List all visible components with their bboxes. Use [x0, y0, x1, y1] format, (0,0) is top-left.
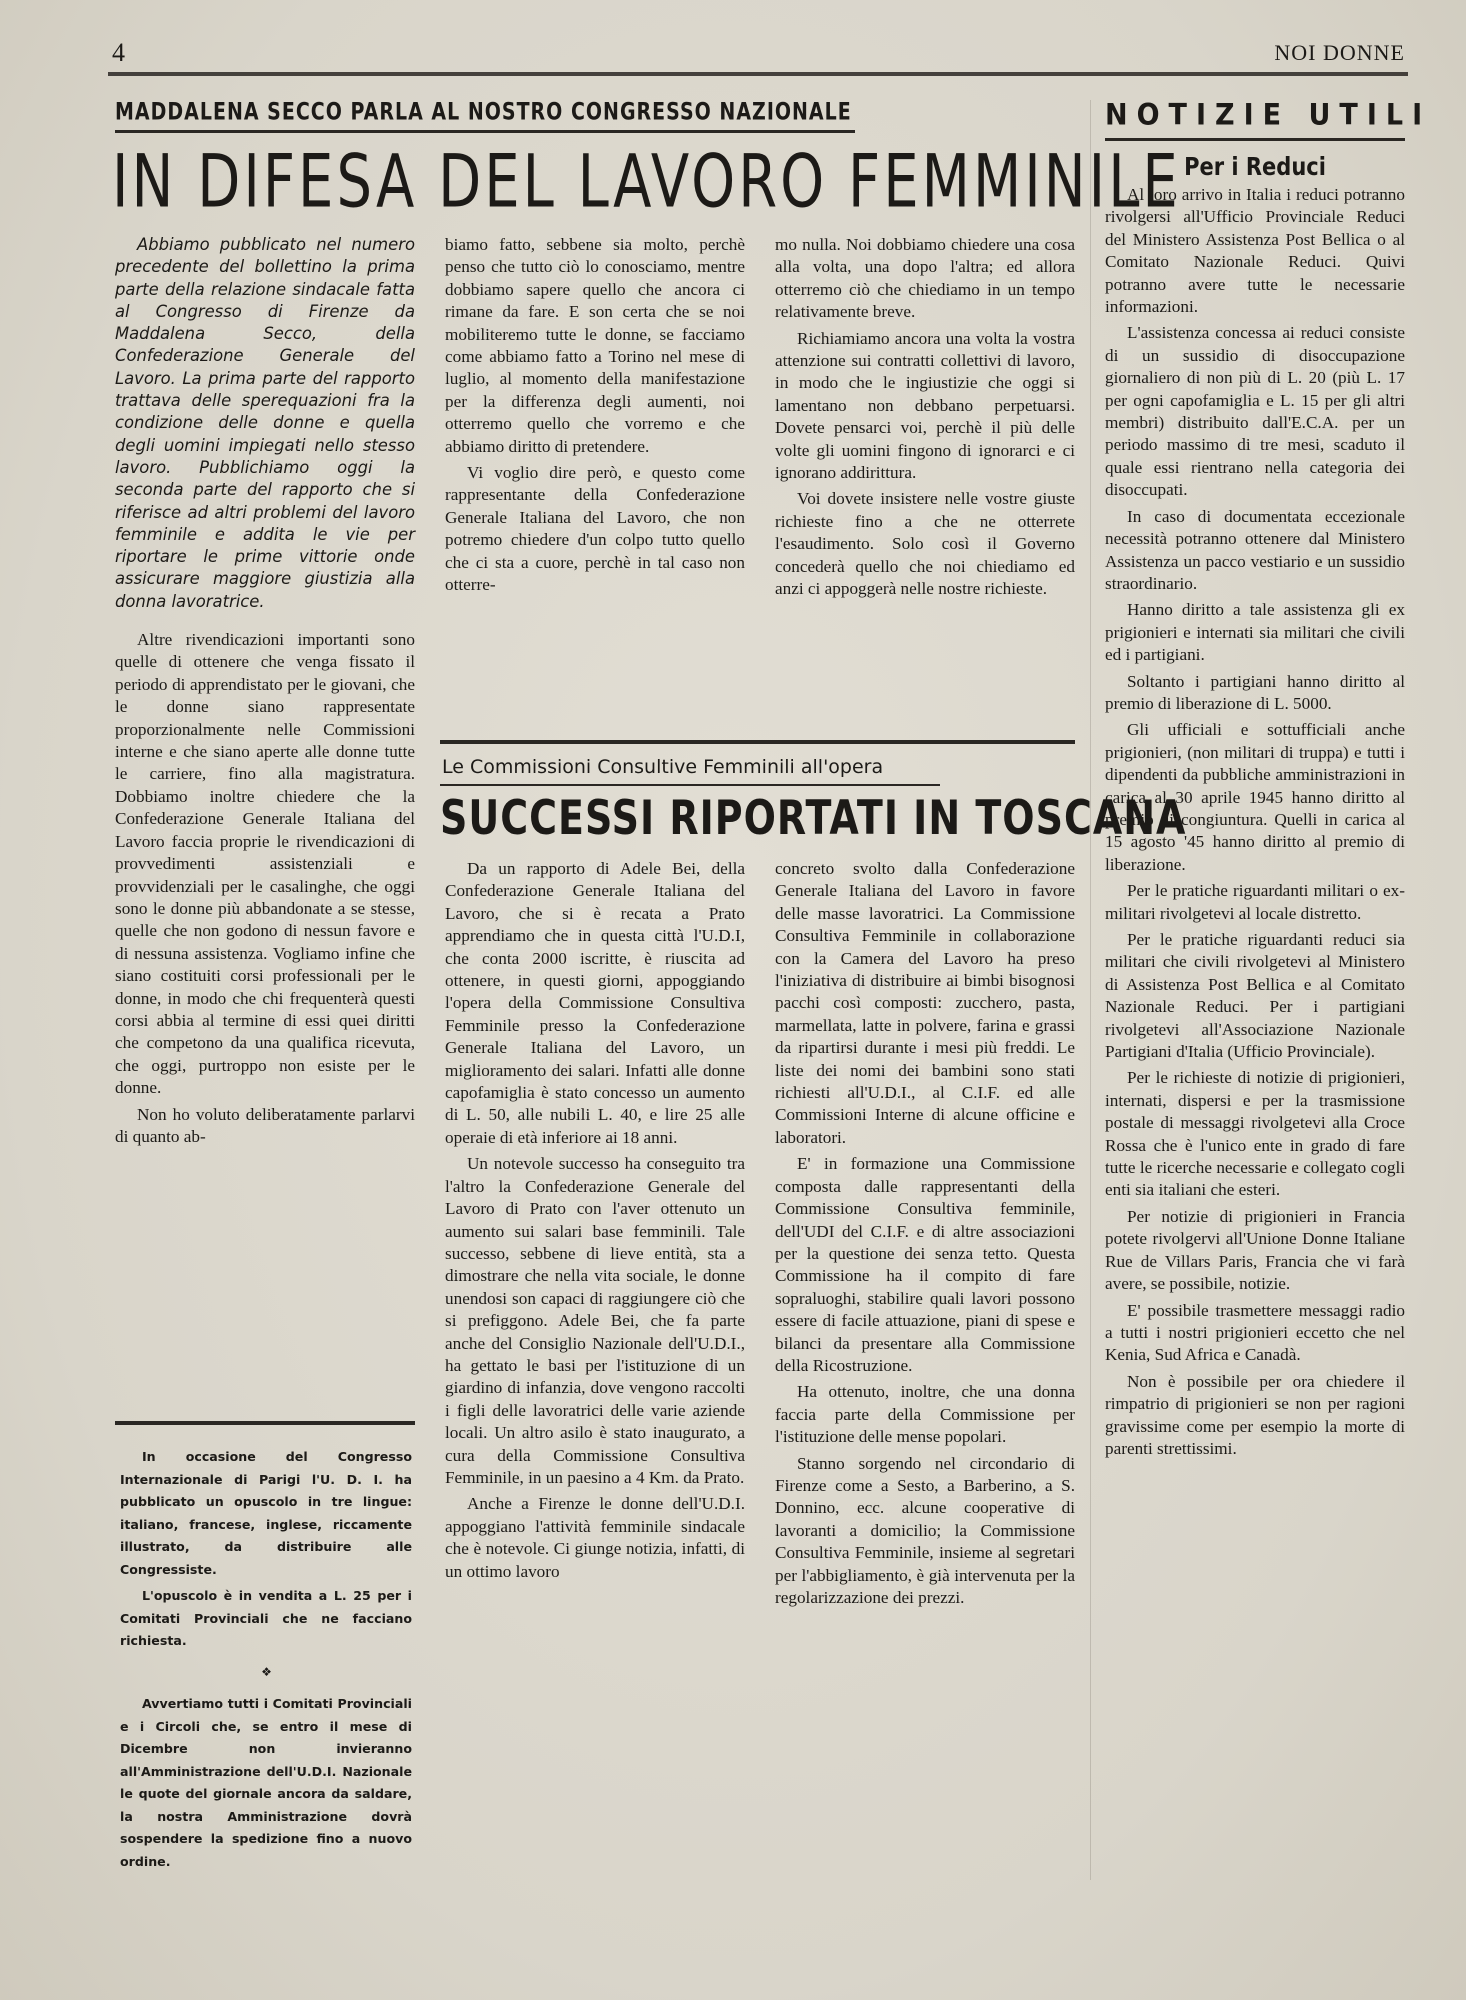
article-paragraph: Richiamiamo ancora una volta la vostra a…: [775, 328, 1075, 485]
article-paragraph: Stanno sorgendo nel circondario di Firen…: [775, 1453, 1075, 1610]
notice-box-rule: [115, 1421, 415, 1425]
article-paragraph: concreto svolto dalla Confederazione Gen…: [775, 858, 1075, 1149]
second-article-kicker: Le Commissioni Consultive Femminili all'…: [442, 756, 883, 778]
notice-paragraph: Soltanto i partigiani hanno diritto al p…: [1105, 671, 1405, 716]
article-paragraph: Ha ottenuto, inoltre, che una donna facc…: [775, 1381, 1075, 1448]
article-paragraph: Voi dovete insistere nelle vostre giuste…: [775, 488, 1075, 600]
notice-paragraph: L'assistenza concessa ai reduci consiste…: [1105, 322, 1405, 501]
article-paragraph: Anche a Firenze le donne dell'U.D.I. app…: [445, 1493, 745, 1583]
newspaper-page: 4 NOI DONNE MADDALENA SECCO PARLA AL NOS…: [0, 0, 1466, 2000]
notizie-utili-title: NOTIZIE UTILI: [1105, 98, 1405, 132]
article-paragraph: Non ho voluto deliberatamente parlarvi d…: [115, 1104, 415, 1149]
article-paragraph: Un notevole successo ha conseguito tra l…: [445, 1153, 745, 1489]
section-rule: [440, 740, 1075, 744]
article-paragraph: Vi voglio dire però, e questo come rappr…: [445, 462, 745, 596]
notizie-utili-rule: [1105, 138, 1405, 141]
notice-paragraph: Per le richieste di notizie di prigionie…: [1105, 1067, 1405, 1201]
notice-paragraph: Gli ufficiali e sottufficiali anche prig…: [1105, 719, 1405, 876]
notice-paragraph: Al loro arrivo in Italia i reduci potran…: [1105, 184, 1405, 318]
notice-paragraph: Per le pratiche riguardanti militari o e…: [1105, 880, 1405, 925]
second-article-column-a: Da un rapporto di Adele Bei, della Confe…: [445, 858, 745, 1583]
running-head: NOI DONNE: [1255, 40, 1405, 66]
notice-paragraph: Avvertiamo tutti i Comitati Provinciali …: [120, 1693, 412, 1873]
article-paragraph: E' in formazione una Commissione compost…: [775, 1153, 1075, 1377]
column-divider: [1090, 100, 1091, 1880]
subkicker-rule: [440, 784, 940, 786]
second-article-column-b: concreto svolto dalla Confederazione Gen…: [775, 858, 1075, 1609]
main-article-column-1: Abbiamo pubblicato nel numero precedente…: [115, 234, 415, 1148]
main-article-column-2: biamo fatto, sebbene sia molto, perchè p…: [445, 234, 745, 597]
notice-paragraph: In caso di documentata eccezionale neces…: [1105, 506, 1405, 596]
article-paragraph: mo nulla. Noi dobbiamo chiedere una cosa…: [775, 234, 1075, 324]
notice-paragraph: Per le pratiche riguardanti reduci sia m…: [1105, 929, 1405, 1063]
notice-paragraph: E' possibile trasmettere messaggi radio …: [1105, 1300, 1405, 1367]
header-rule: [108, 72, 1408, 76]
notice-paragraph: Hanno diritto a tale assistenza gli ex p…: [1105, 599, 1405, 666]
ornament-icon: ❖: [120, 1661, 412, 1684]
notice-paragraph: Per notizie di prigionieri in Francia po…: [1105, 1206, 1405, 1296]
kicker-rule: [115, 130, 855, 133]
main-article-column-3: mo nulla. Noi dobbiamo chiedere una cosa…: [775, 234, 1075, 601]
notizie-utili-column: Al loro arrivo in Italia i reduci potran…: [1105, 184, 1405, 1460]
article-intro: Abbiamo pubblicato nel numero precedente…: [115, 234, 415, 613]
notizie-utili-section-heading: Per i Reduci: [1105, 152, 1405, 181]
notice-paragraph: L'opuscolo è in vendita a L. 25 per i Co…: [120, 1585, 412, 1653]
notice-paragraph: Non è possibile per ora chiedere il rimp…: [1105, 1371, 1405, 1461]
main-article-title: IN DIFESA DEL LAVORO FEMMINILE: [112, 140, 1087, 225]
second-article-title: SUCCESSI RIPORTATI IN TOSCANA: [440, 790, 1080, 845]
article-paragraph: biamo fatto, sebbene sia molto, perchè p…: [445, 234, 745, 458]
page-number: 4: [112, 38, 125, 68]
article-paragraph: Da un rapporto di Adele Bei, della Confe…: [445, 858, 745, 1149]
notice-box: In occasione del Congresso Internazional…: [120, 1446, 412, 1873]
article-paragraph: Altre rivendicazioni importanti sono que…: [115, 629, 415, 1100]
notice-paragraph: In occasione del Congresso Internazional…: [120, 1446, 412, 1581]
main-article-kicker: MADDALENA SECCO PARLA AL NOSTRO CONGRESS…: [115, 98, 855, 126]
